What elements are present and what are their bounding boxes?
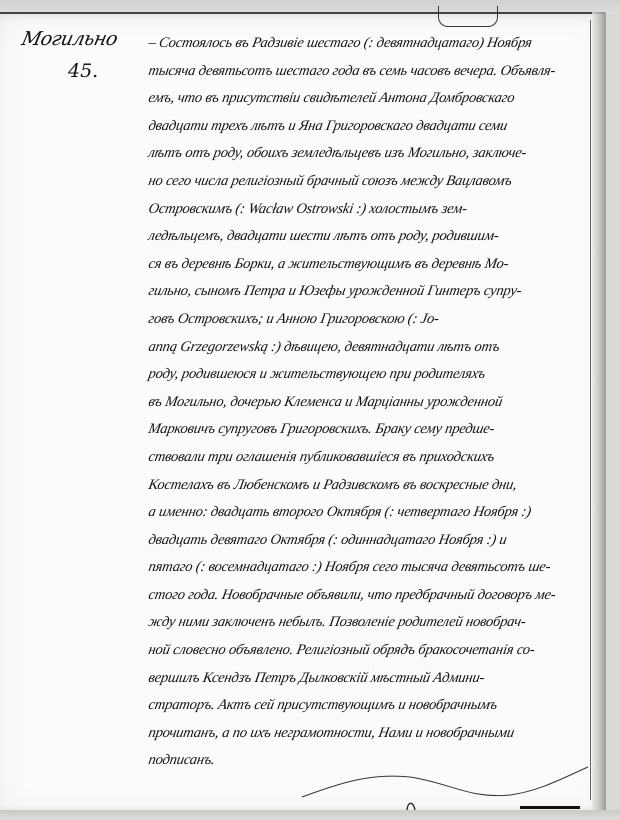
text-line: Костелахъ въ Любенскомъ и Радзивскомъ въ…: [146, 472, 591, 500]
text-line: роду, родившеюся и жительствующею при ро…: [146, 361, 591, 389]
text-line: жду ними заключенъ небылъ. Позволеніе ро…: [146, 609, 591, 637]
text-line: Марковичъ супруговъ Григоровскихъ. Браку…: [146, 416, 591, 444]
bottom-scan-mark: [520, 806, 580, 809]
text-line: емъ, что въ присутствіи свидѣтелей Антон…: [146, 85, 591, 113]
text-line: ся въ деревнѣ Борки, а жительствующимъ в…: [146, 251, 591, 279]
text-line: вершилъ Ксендзъ Петръ Дылковскій мѣстный…: [146, 665, 591, 693]
text-line: ледѣльцемъ, двадцати шести лѣтъ отъ роду…: [146, 223, 591, 251]
page-binding-edge: [592, 12, 606, 810]
closing-flourish: [300, 765, 590, 805]
text-line: Островскимъ (: Wacław Ostrowski :) холос…: [146, 196, 591, 224]
stamp-mark: [438, 6, 498, 27]
text-line: лѣтъ отъ роду, обоихъ земледѣльцевъ изъ …: [146, 140, 591, 168]
margin-place-name: Могильно: [20, 28, 120, 50]
margin-act-number: 45.: [68, 60, 98, 82]
record-text: – Состоялось въ Радзивіе шестаго (: девя…: [146, 30, 586, 775]
text-line: ной словесно объявлено. Религіозный обря…: [146, 637, 591, 665]
text-line: говъ Островскихъ; и Анною Григоровскою (…: [146, 306, 591, 334]
text-line: а именно: двадцать второго Октября (: че…: [146, 499, 591, 527]
text-line: двадцати трехъ лѣтъ и Яна Григоровскаго …: [146, 113, 591, 141]
text-line: двадцать девятаго Октября (: одиннадцата…: [146, 527, 591, 555]
text-line: – Состоялось въ Радзивіе шестаго (: девя…: [146, 30, 591, 58]
scan-bottom-margin: [0, 810, 620, 820]
text-line: страторъ. Актъ сей присутствующимъ и нов…: [146, 692, 591, 720]
text-line: но сего числа религіозный брачный союзъ …: [146, 168, 591, 196]
text-line: ствовали три оглашенія публиковавшіеся в…: [146, 444, 591, 472]
text-line: anną Grzegorzewską :) дѣвицею, девятнадц…: [146, 334, 591, 362]
page-margin-rule: [590, 20, 591, 800]
text-line: пятаго (: восемнадцатаго :) Ноября сего …: [146, 554, 591, 582]
text-line: стого года. Новобрачные объявили, что пр…: [146, 582, 591, 610]
text-line: тысяча девятьсотъ шестаго года въ семь ч…: [146, 58, 591, 86]
text-line: гильно, сыномъ Петра и Юзефы урожденной …: [146, 278, 591, 306]
text-line: въ Могильно, дочерью Клеменса и Марціанн…: [146, 389, 591, 417]
text-line: прочитанъ, а по ихъ неграмотности, Нами …: [146, 720, 591, 748]
